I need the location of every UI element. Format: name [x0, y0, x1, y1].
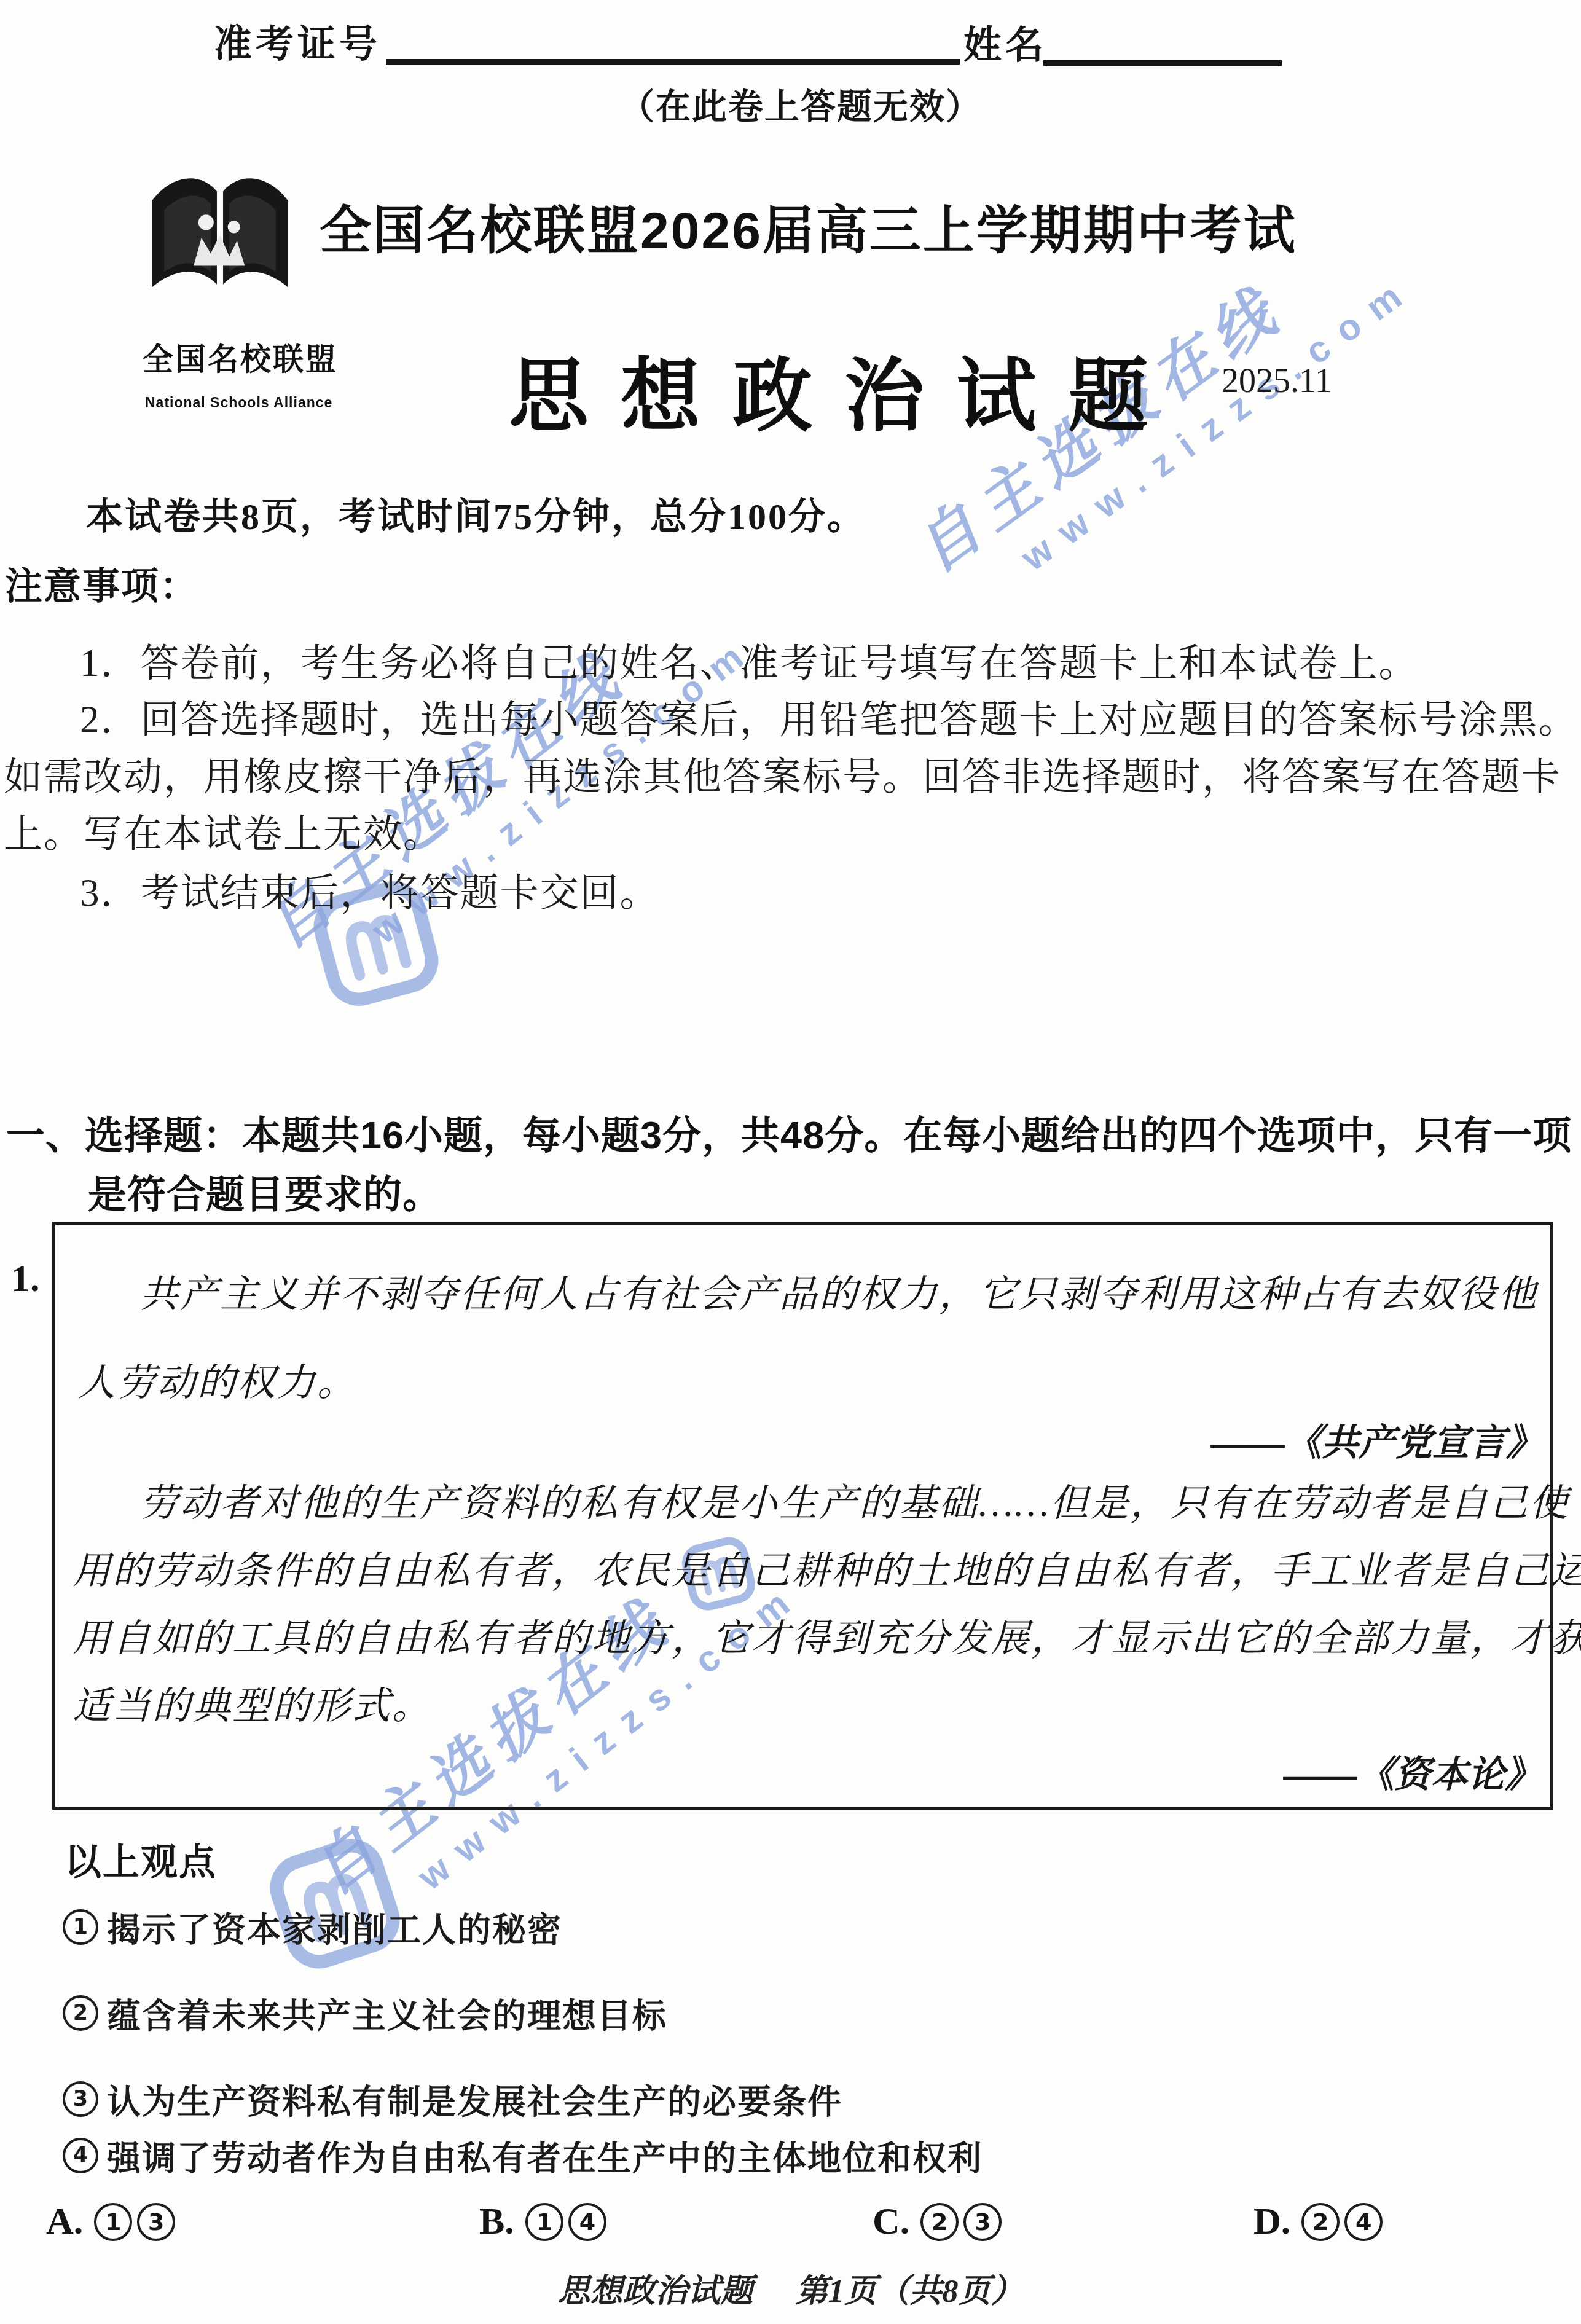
- quote2-line-4: 适当的典型的形式。: [73, 1675, 432, 1730]
- note-line-3: 3．考试结束后，将答题卡交回。: [80, 862, 660, 917]
- statement-4: 4 强调了劳动者作为自由私有者在生产中的主体地位和权利: [63, 2131, 983, 2180]
- option-a: A. 1 3: [46, 2200, 175, 2244]
- section-header-line-2: 是符合题目要求的。: [88, 1163, 442, 1219]
- quote2-line-2: 用的劳动条件的自由私有者，农民是自己耕种的土地的自由私有者，手工业者是自己运: [73, 1540, 1581, 1595]
- statement-text: 强调了劳动者作为自由私有者在生产中的主体地位和权利: [107, 2131, 983, 2180]
- alliance-name-cn: 全国名校联盟: [143, 335, 338, 379]
- exam-meta-line: 本试卷共8页，考试时间75分钟，总分100分。: [86, 487, 866, 540]
- footer-paper-title: 思想政治试题: [557, 2274, 753, 2309]
- footer-page-number: 第1页（共8页）: [796, 2274, 1024, 2309]
- statement-1: 1 揭示了资本家剥削工人的秘密: [63, 1902, 562, 1951]
- statement-text: 揭示了资本家剥削工人的秘密: [107, 1902, 562, 1951]
- circled-number-icon: 3: [963, 2203, 1002, 2241]
- circled-number-icon: 1: [94, 2203, 132, 2241]
- circled-number-icon: 4: [1344, 2203, 1383, 2241]
- note-line-2b: 如需改动，用橡皮擦干净后，再选涂其他答案标号。回答非选择题时，将答案写在答题卡: [4, 745, 1561, 801]
- option-label: D.: [1253, 2200, 1290, 2244]
- admission-number-blank: [386, 59, 960, 65]
- page-footer: 思想政治试题 第1页（共8页）: [0, 2265, 1581, 2312]
- circled-number-icon: 4: [63, 2138, 98, 2173]
- open-book-logo-icon: [143, 143, 297, 327]
- notes-heading: 注意事项：: [5, 557, 198, 610]
- note-line-1: 1．答卷前，考生务必将自己的姓名、准考证号填写在答题卡上和本试卷上。: [80, 632, 1419, 688]
- exam-heading: 全国名校联盟2026届高三上学期期中考试: [320, 189, 1297, 264]
- quote1-source: ——《共产党宣言》: [1211, 1413, 1543, 1466]
- paper-title: 思 想 政 治 试 题: [509, 332, 1153, 447]
- name-blank: [1043, 60, 1282, 66]
- circled-number-icon: 2: [920, 2203, 959, 2241]
- exam-paper-page: 自主选拔在线 www.zizzs.com 自主选拔在线 www.zizzs.co…: [0, 0, 1581, 2324]
- quote1-line-2: 人劳动的权力。: [77, 1352, 357, 1407]
- circled-number-icon: 1: [63, 1909, 98, 1945]
- admission-number-label: 准考证号: [214, 14, 381, 68]
- note-line-2a: 2．回答选择题时，选出每小题答案后，用铅笔把答题卡上对应题目的答案标号涂黑。: [80, 688, 1579, 744]
- circled-number-icon: 3: [63, 2081, 98, 2117]
- circled-number-icon: 2: [63, 1995, 98, 2031]
- circled-number-icon: 4: [568, 2203, 606, 2241]
- section-header-line-1: 一、选择题：本题共16小题，每小题3分，共48分。在每小题给出的四个选项中，只有…: [6, 1104, 1572, 1160]
- question-stem: 以上观点: [65, 1833, 217, 1886]
- statement-2: 2 蕴含着未来共产主义社会的理想目标: [63, 1988, 667, 2037]
- quote2-line-1: 劳动者对他的生产资料的私有权是小生产的基础……但是，只有在劳动者是自己使: [140, 1472, 1569, 1527]
- quote1-line-1: 共产主义并不剥夺任何人占有社会产品的权力，它只剥夺利用这种占有去奴役他: [140, 1263, 1538, 1318]
- option-label: A.: [46, 2200, 83, 2244]
- alliance-name-en: National Schools Alliance: [145, 395, 332, 411]
- statement-text: 认为生产资料私有制是发展社会生产的必要条件: [107, 2075, 842, 2123]
- answer-invalid-notice: （在此卷上答题无效）: [619, 79, 982, 129]
- question-number: 1.: [11, 1257, 40, 1301]
- name-label: 姓名: [963, 15, 1047, 69]
- statement-text: 蕴含着未来共产主义社会的理想目标: [107, 1988, 667, 2037]
- circled-number-icon: 3: [137, 2203, 175, 2241]
- statement-3: 3 认为生产资料私有制是发展社会生产的必要条件: [63, 2075, 842, 2123]
- exam-date: 2025.11: [1222, 361, 1332, 401]
- circled-number-icon: 1: [525, 2203, 563, 2241]
- option-c: C. 2 3: [873, 2200, 1002, 2244]
- option-label: B.: [479, 2200, 514, 2244]
- option-label: C.: [873, 2200, 909, 2244]
- quote2-source: ——《资本论》: [1284, 1745, 1542, 1798]
- option-b: B. 1 4: [479, 2200, 606, 2244]
- option-d: D. 2 4: [1253, 2200, 1383, 2244]
- circled-number-icon: 2: [1301, 2203, 1340, 2241]
- quote2-line-3: 用自如的工具的自由私有者的地方，它才得到充分发展，才显示出它的全部力量，才获得: [73, 1608, 1581, 1662]
- note-line-2c: 上。写在本试卷上无效。: [4, 803, 443, 858]
